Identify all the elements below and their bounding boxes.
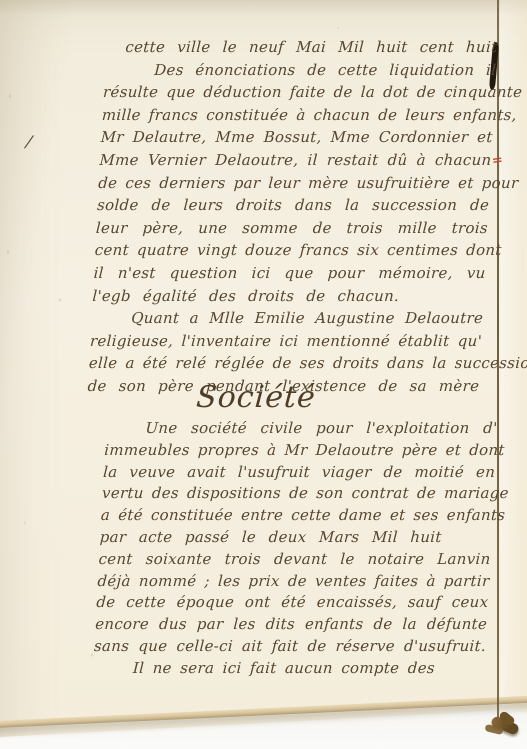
- text-line: cent soixante trois devant le notaire La…: [98, 549, 491, 571]
- text-line: encore dus par les dits enfants de la dé…: [95, 614, 488, 636]
- text-line: Des énonciations de cette liquidation il: [104, 59, 497, 82]
- scanned-manuscript-photo: = / cette ville le neuf Mai Mil huit cen…: [0, 0, 527, 749]
- red-hyphen-mark: =: [491, 152, 507, 170]
- text-line: Quant a Mlle Emilie Augustine Delaoutre: [91, 307, 484, 330]
- margin-pen-mark: /: [25, 132, 44, 154]
- text-line: il n'est question ici que pour mémoire, …: [93, 262, 486, 285]
- text-line: de cette époque ont été encaissés, sauf …: [96, 592, 489, 614]
- section-heading: Société: [105, 381, 407, 415]
- text-line: l'egb égalité des droits de chacun.: [92, 285, 485, 308]
- text-line: immeubles propres à Mr Delaoutre père et…: [104, 440, 497, 462]
- text-line: a été constituée entre cette dame et ses…: [100, 505, 493, 527]
- manuscript-text-lower: Une société civile pour l'exploitation d…: [92, 418, 498, 680]
- text-line: Mr Delautre, Mme Bossut, Mme Cordonnier …: [100, 126, 493, 149]
- text-line: solde de leurs droits dans la succession…: [97, 194, 490, 217]
- text-line: déjà nommé ; les prix de ventes faites à…: [97, 571, 490, 593]
- text-line: sans que celle-ci ait fait de réserve d'…: [93, 636, 486, 658]
- text-line: par acte passé le deux Mars Mil huit: [99, 527, 492, 549]
- text-line: leur père, une somme de trois mille troi…: [95, 217, 488, 240]
- text-line: mille francs constituée à chacun de leur…: [101, 104, 494, 127]
- manuscript-text-upper: cette ville le neuf Mai Mil huit cent hu…: [87, 36, 498, 398]
- text-line: Il ne sera ici fait aucun compte des: [92, 658, 485, 680]
- text-line: religieuse, l'inventaire ici mentionné é…: [89, 330, 482, 353]
- text-line: cent quatre vingt douze francs six centi…: [94, 239, 487, 262]
- text-line: Une société civile pour l'exploitation d…: [105, 418, 498, 440]
- text-line: résulte que déduction faite de la dot de…: [102, 81, 495, 104]
- binding-thread-tassel: [483, 712, 527, 749]
- text-line: vertu des dispositions de son contrat de…: [101, 483, 494, 505]
- text-line: elle a été relé réglée de ses droits dan…: [88, 352, 481, 375]
- text-line: Mme Vernier Delaoutre, il restait dû à c…: [99, 149, 492, 172]
- text-line: de ces derniers par leur mère usufruitiè…: [98, 172, 491, 195]
- text-line: cette ville le neuf Mai Mil huit cent hu…: [105, 36, 498, 59]
- text-line: la veuve avait l'usufruit viager de moit…: [103, 462, 496, 484]
